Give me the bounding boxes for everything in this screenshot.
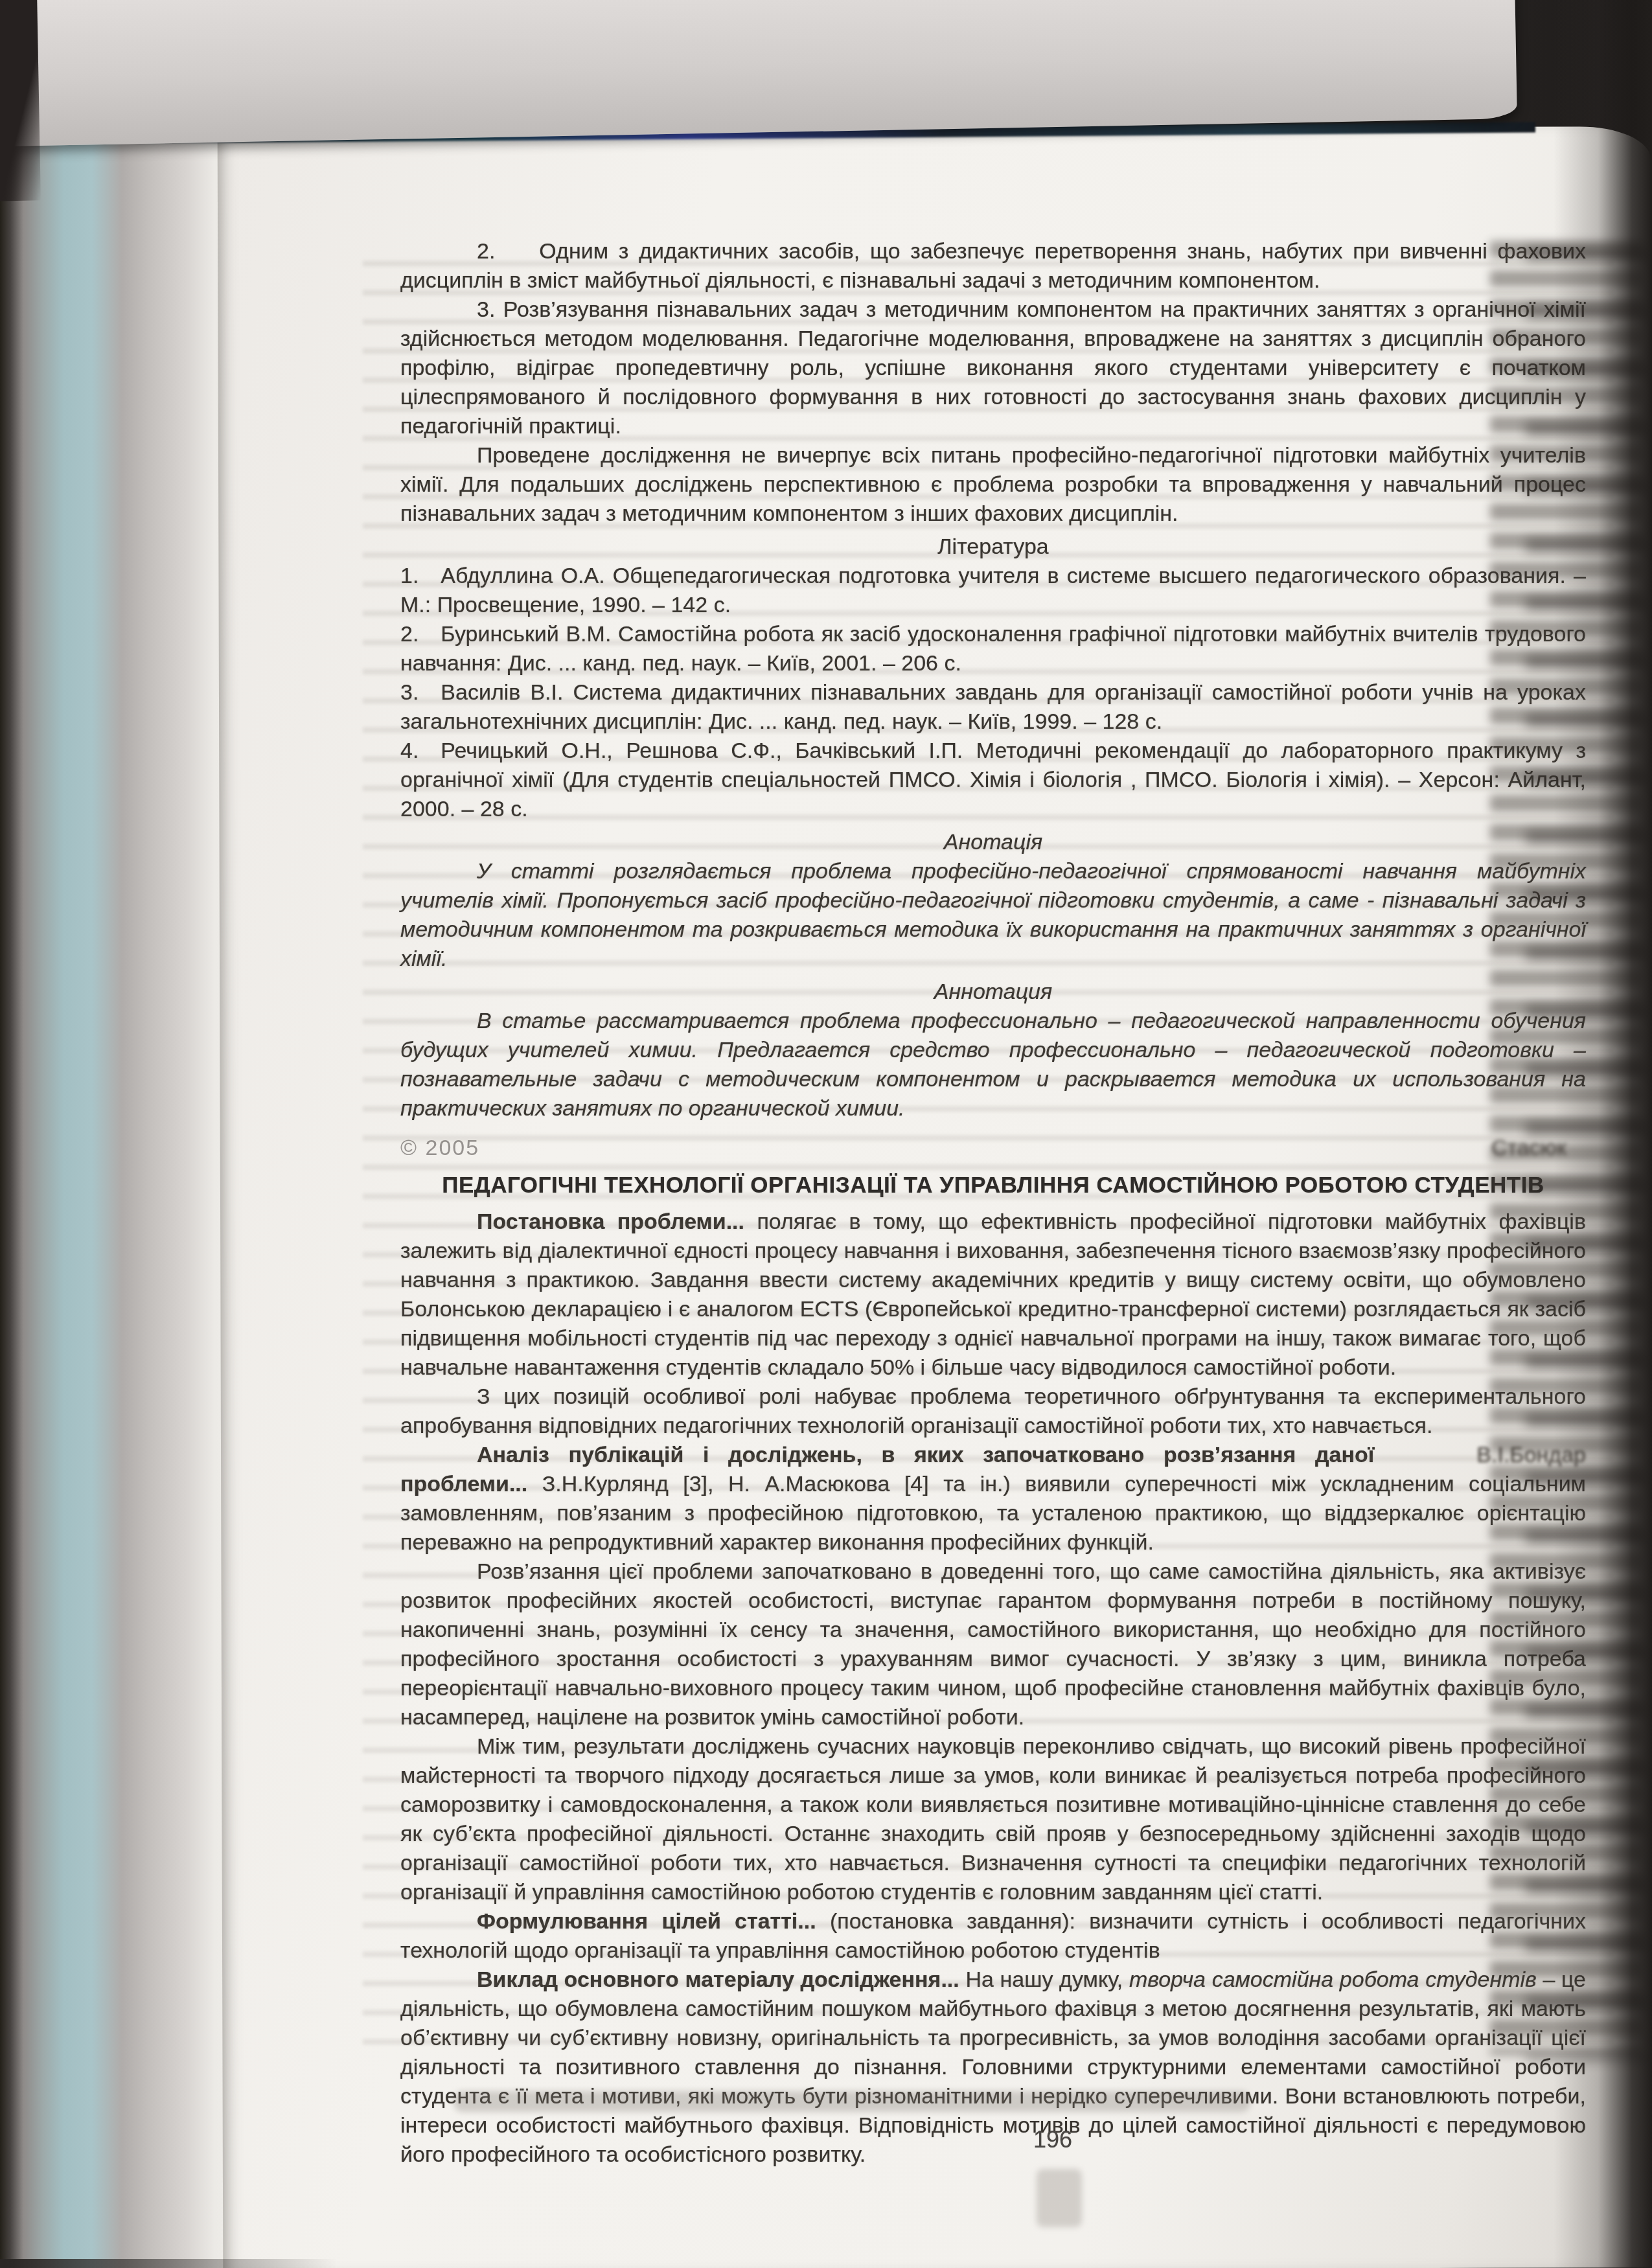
- paragraph-positions: З цих позицій особливої ролі набуває про…: [400, 1382, 1586, 1441]
- page-content: 2. Одним з дидактичних засобів, що забез…: [400, 237, 1586, 2170]
- bleed-through-mark: [1037, 2169, 1082, 2227]
- reference-item: 1. Абдуллина О.А. Общепедагогическая под…: [400, 562, 1586, 620]
- paragraph-article-goals: Формулювання цілей статті... (постановка…: [400, 1907, 1586, 1965]
- annotation-ua-text: У статті розглядається проблема професій…: [400, 857, 1586, 974]
- bleed-through-line: [453, 2091, 1250, 2112]
- paragraph-publications-analysis: В.І.БондарАналіз публікацій і досліджень…: [400, 1441, 1586, 1557]
- paragraph-lead: Формулювання цілей статті...: [477, 1909, 816, 1934]
- page-stack-edges: [0, 91, 247, 2268]
- paragraph-text: З.Н.Курлянд [3], Н. А.Масюкова [4] та ін…: [400, 1472, 1586, 1555]
- paragraph-text: полягає в тому, що ефективність професій…: [400, 1209, 1586, 1380]
- emphasized-term: творча самостійна робота студентів: [1129, 1967, 1537, 1992]
- article-title: ПЕДАГОГІЧНІ ТЕХНОЛОГІЇ ОРГАНІЗАЦІЇ ТА УП…: [400, 1171, 1586, 1200]
- annotation-ru-heading: Аннотация: [400, 978, 1586, 1007]
- article-meta-row: © 2005 Стасюк: [400, 1134, 1586, 1163]
- paragraph-lead: Виклад основного матеріалу дослідження..…: [477, 1967, 959, 1992]
- annotation-ua-heading: Анотація: [400, 828, 1586, 857]
- paragraph-mastery: Між тим, результати досліджень сучасних …: [400, 1732, 1586, 1907]
- paragraph-problem-statement: Постановка проблеми... полягає в тому, щ…: [400, 1208, 1586, 1382]
- page-number: 196: [466, 2126, 1639, 2153]
- annotation-ru-text: В статье рассматривается проблема профес…: [400, 1007, 1586, 1123]
- paragraph-text: На нашу думку,: [959, 1967, 1129, 1992]
- prev-article-item-3: 3. Розв’язування пізнавальних задач з ме…: [400, 295, 1586, 441]
- literature-heading: Література: [400, 533, 1586, 562]
- gutter-shadow: [1554, 0, 1652, 2268]
- reference-item: 2. Буринський В.М. Самостійна робота як …: [400, 620, 1586, 678]
- paragraph-solution: Розв’язання цієї проблеми започатковано …: [400, 1557, 1586, 1732]
- paragraph-lead: Постановка проблеми...: [477, 1209, 744, 1234]
- prev-article-item-2: 2. Одним з дидактичних засобів, що забез…: [400, 237, 1586, 295]
- prev-article-closing: Проведене дослідження не вичерпує всіх п…: [400, 441, 1586, 529]
- reference-item: 3. Василів В.І. Система дидактичних пізн…: [400, 678, 1586, 737]
- copyright-stamp: © 2005: [400, 1134, 479, 1163]
- book-scan: 2. Одним з дидактичних засобів, що забез…: [0, 0, 1652, 2268]
- scanner-shadow-corner: [0, 0, 41, 201]
- bottom-scan-edge: [0, 2259, 337, 2268]
- reference-item: 4. Речицький О.Н., Решнова С.Ф., Бачківс…: [400, 737, 1586, 824]
